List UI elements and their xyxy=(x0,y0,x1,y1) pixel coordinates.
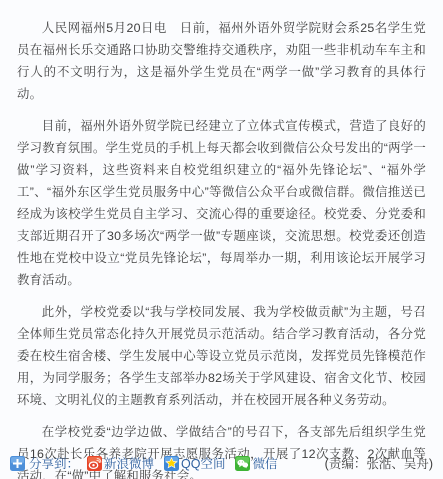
share-plus-icon[interactable] xyxy=(10,456,25,471)
share-bar: 分享到： 新浪微博 xyxy=(0,453,443,473)
share-item-weibo[interactable]: 新浪微博 xyxy=(87,454,154,472)
paragraph-3: 此外，学校党委以“我与学校同发展、我为学校做贡献”为主题，号召全体师生党员常态化… xyxy=(17,301,426,411)
share-label: 分享到： xyxy=(29,454,79,472)
share-item-qzone-label: QQ空间 xyxy=(181,454,225,472)
paragraph-1: 人民网福州5月20日电 日前，福州外语外贸学院财会系25名学生党员在福州长乐交通… xyxy=(17,17,426,105)
editor-credit: (责编：张湉、吴舟) xyxy=(325,454,433,472)
share-item-wechat[interactable]: 微信 xyxy=(235,454,277,472)
wechat-icon xyxy=(235,456,250,471)
share-item-qzone[interactable]: QQ空间 xyxy=(164,454,225,472)
sina-weibo-icon xyxy=(87,456,102,471)
article-body: 人民网福州5月20日电 日前，福州外语外贸学院财会系25名学生党员在福州长乐交通… xyxy=(0,0,443,479)
share-item-weibo-label: 新浪微博 xyxy=(104,454,154,472)
share-item-wechat-label: 微信 xyxy=(252,454,277,472)
qzone-icon xyxy=(164,456,179,471)
paragraph-2: 目前，福州外语外贸学院已经建立了立体式宣传模式，营造了良好的学习教育氛围。学生党… xyxy=(17,115,426,291)
